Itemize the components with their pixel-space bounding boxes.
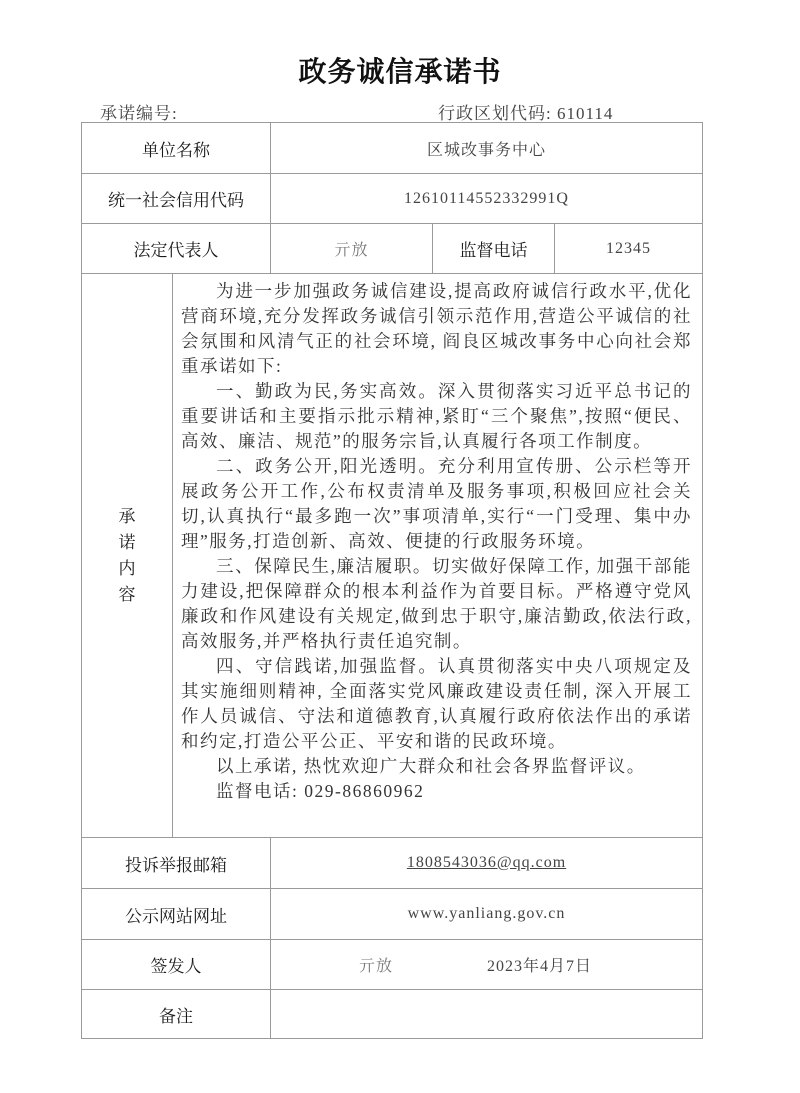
legal-rep-label: 法定代表人 — [81, 223, 271, 274]
commitment-item-1: 一、勤政为民,务实高效。深入贯彻落实习近平总书记的重要讲话和主要指示批示精神,紧… — [181, 379, 692, 454]
unit-name-value: 区城改事务中心 — [270, 122, 703, 174]
signer-cell: 亓放 2023年4月7日 — [270, 939, 703, 990]
commitment-item-4: 四、守信践诺,加强监督。认真贯彻落实中央八项规定及其实施细则精神, 全面落实党风… — [181, 654, 692, 754]
supervision-phone-label: 监督电话 — [432, 223, 555, 274]
commitment-intro: 为进一步加强政务诚信建设,提高政府诚信行政水平,优化营商环境,充分发挥政务诚信引… — [181, 279, 692, 379]
commitment-closing: 以上承诺, 热忱欢迎广大群众和社会各界监督评议。 — [181, 754, 692, 779]
commitment-number-label: 承诺编号: — [100, 104, 178, 123]
commitment-content-label-cell: 承诺内容 — [81, 273, 173, 838]
credit-code-value: 12610114552332991Q — [270, 173, 703, 224]
commitment-number: 承诺编号: — [100, 99, 178, 124]
complaint-email-link[interactable]: 1808543036@qq.com — [407, 854, 566, 872]
commitment-item-2: 二、政务公开,阳光透明。充分利用宣传册、公示栏等开展政务公开工作,公布权责清单及… — [181, 454, 692, 554]
website-value[interactable]: www.yanliang.gov.cn — [270, 888, 703, 940]
remarks-label: 备注 — [81, 989, 271, 1039]
remarks-value — [270, 989, 703, 1039]
commitment-content-body: 为进一步加强政务诚信建设,提高政府诚信行政水平,优化营商环境,充分发挥政务诚信引… — [172, 273, 703, 838]
region-code: 行政区划代码: 610114 — [438, 99, 613, 124]
legal-rep-value: 亓放 — [270, 223, 433, 274]
complaint-email-label: 投诉举报邮箱 — [81, 837, 271, 889]
website-label: 公示网站网址 — [81, 888, 271, 940]
unit-name-label: 单位名称 — [81, 122, 271, 174]
sign-date: 2023年4月7日 — [487, 953, 592, 976]
document-title: 政务诚信承诺书 — [0, 50, 800, 90]
credit-code-label: 统一社会信用代码 — [81, 173, 271, 224]
commitment-item-3: 三、保障民生,廉洁履职。切实做好保障工作, 加强干部能力建设,把保障群众的根本利… — [181, 554, 692, 654]
complaint-email-cell: 1808543036@qq.com — [270, 837, 703, 889]
commitment-table: 单位名称 区城改事务中心 统一社会信用代码 12610114552332991Q… — [81, 122, 703, 1039]
signer-label: 签发人 — [81, 939, 271, 990]
signer-name: 亓放 — [359, 953, 393, 976]
region-code-value: 610114 — [557, 104, 613, 123]
commitment-phone: 监督电话: 029-86860962 — [181, 779, 692, 804]
supervision-phone-value: 12345 — [554, 223, 703, 274]
commitment-content-label: 承诺内容 — [117, 504, 137, 608]
region-code-label: 行政区划代码: — [438, 104, 552, 123]
